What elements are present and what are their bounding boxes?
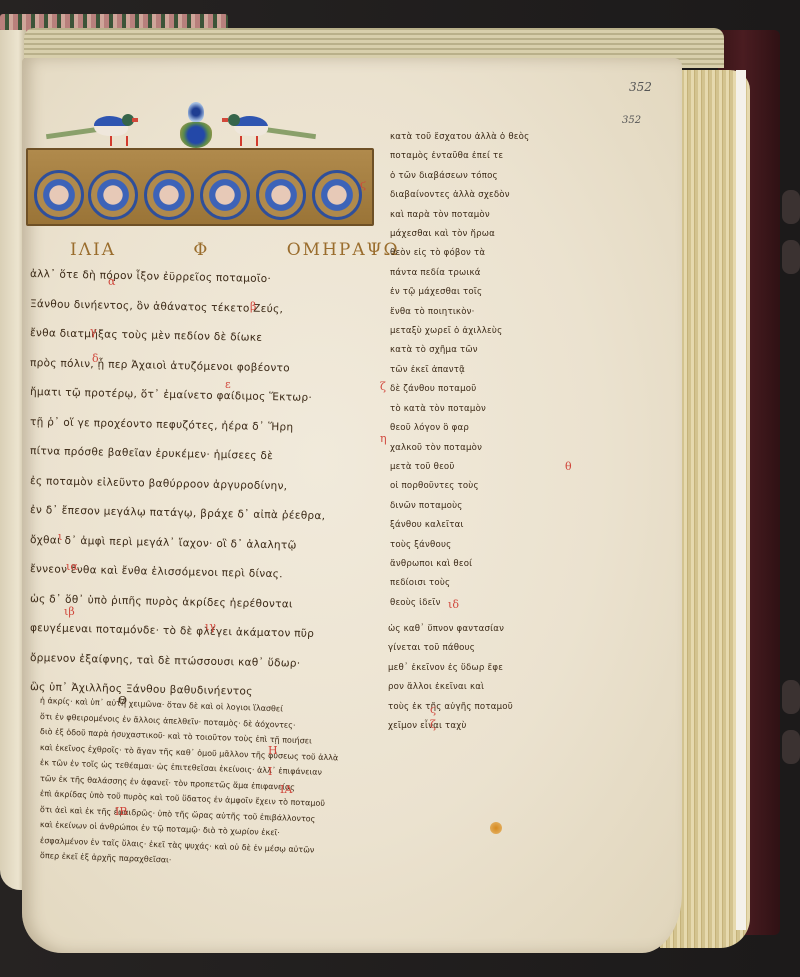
commentary-line: ὁ τῶν διαβάσεων τόπος <box>390 167 560 186</box>
commentary-line: ἔνθα τὸ ποιητικὸν· <box>390 303 560 322</box>
commentary-line: μάχεσθαι καὶ τὸν ἥρωα <box>390 225 560 244</box>
commentary-line: ἄνθρωποι καὶ θεοί <box>390 555 560 574</box>
commentary-line: τῶν ἐκεῖ ἀπαντᾷ <box>390 361 560 380</box>
scholia-siglum: Θ <box>118 694 127 707</box>
commentary-line: πάντα πεδία τρωικά <box>390 264 560 283</box>
commentary-line: θεὸν εἰς τὸ φόβον τὰ <box>390 244 560 263</box>
rubric-numeral: δ <box>92 352 99 365</box>
commentary-line: τοὺς ξάνθους <box>390 536 560 555</box>
commentary-line: γίνεται τοῦ πάθους <box>388 639 558 658</box>
commentary-line: ὡς καθ᾽ ὕπνον φαντασίαν <box>388 620 558 639</box>
rubric-numeral: ιγ <box>205 620 216 633</box>
commentary-line: δὲ ζάνθου ποταμοῦ <box>390 380 560 399</box>
commentary-line: κατὰ τὸ σχῆμα τῶν <box>390 341 560 360</box>
rubric-numeral: ια <box>66 560 78 573</box>
scholia-block: ἡ ἀκρίς· καὶ ὑπ᾽ αὐτὴ χειμῶνα· ὅταν δὲ κ… <box>40 693 560 864</box>
folio-number-ink: 352 <box>629 80 652 94</box>
rubric-numeral: β <box>250 300 256 313</box>
commentary-line: ἐν τῷ μάχεσθαι τοῖς <box>390 283 560 302</box>
commentary-line: θεοὺς ἰδεῖν <box>390 594 560 613</box>
commentary-line: δινῶν ποταμοὺς <box>390 497 560 516</box>
folio-number-pencil: 352 <box>622 115 641 126</box>
rubric-numeral: θ <box>565 460 572 473</box>
rubric-numeral: ιβ <box>64 605 75 618</box>
fore-edge-flyleaf <box>736 70 746 930</box>
rubric-numeral: ι <box>58 530 62 543</box>
main-text-column: ἀλλ᾽ ὅτε δὴ πόρον ἷξον ἐϋρρεῖος ποταμοῖο… <box>30 260 375 703</box>
illuminated-headpiece <box>26 140 370 222</box>
ink-stain <box>490 822 502 834</box>
commentary-line: ποταμὸς ἐνταῦθα ἐπεί τε <box>390 147 560 166</box>
commentary-line: οἱ πορθοῦντες τοὺς <box>390 477 560 496</box>
commentary-line: διαβαίνοντες ἀλλὰ σχεδὸν <box>390 186 560 205</box>
rubric-numeral: η <box>380 432 387 445</box>
commentary-line: πεδίοισι τοὺς <box>390 574 560 593</box>
commentary-line: τὸ κατὰ τὸν ποταμὸν <box>390 400 560 419</box>
binding-clasp <box>782 730 800 764</box>
rubric-numeral: γ <box>90 325 97 338</box>
title-iliad: ΙΛΙΑ <box>70 240 116 260</box>
commentary-line: μεταξὺ χωρεῖ ὁ ἀχιλλεὺς <box>390 322 560 341</box>
bird-ornament-left <box>86 114 134 140</box>
scholia-siglum: ζ <box>430 718 436 731</box>
gold-floral-band <box>26 148 374 226</box>
commentary-line: κατὰ τοῦ ἔσχατου ἀλλὰ ὁ θεὸς <box>390 128 560 147</box>
commentary-line: καὶ παρὰ τὸν ποταμὸν <box>390 206 560 225</box>
scholia-siglum: Η <box>268 744 278 757</box>
book-title: ΙΛΙΑ Φ ΟΜΗΡΑΨΩ <box>70 240 400 260</box>
scholia-siglum: Ι <box>268 765 272 778</box>
commentary-column-upper: κατὰ τοῦ ἔσχατου ἀλλὰ ὁ θεὸς ποταμὸς ἐντ… <box>390 128 560 613</box>
rubric-numeral: ζ <box>380 380 386 393</box>
commentary-line: μεθ᾽ ἐκεῖνον ἐς ὕδωρ ἔφε <box>388 659 558 678</box>
commentary-line: ξάνθου καλεῖται <box>390 516 560 535</box>
commentary-line: θεοῦ λόγον ὃ φαρ <box>390 419 560 438</box>
commentary-line: χαλκοῦ τὸν ποταμὸν <box>390 439 560 458</box>
scholia-siglum: ϛ <box>430 703 436 716</box>
rubric-numeral: ε <box>225 378 231 391</box>
title-homer: ΟΜΗΡΑΨΩ <box>287 240 400 260</box>
bird-ornament-right <box>226 114 274 140</box>
commentary-line: μετὰ τοῦ θεοῦ <box>390 458 560 477</box>
scholia-siglum: ΙΒ <box>115 805 127 818</box>
scholia-siglum: ΙΑ <box>280 783 292 796</box>
binding-clasp <box>782 240 800 274</box>
rubric-numeral: ϛ <box>360 178 366 191</box>
binding-clasp <box>782 680 800 714</box>
binding-clasp <box>782 190 800 224</box>
rubric-numeral: α <box>108 275 115 288</box>
title-book-phi: Φ <box>193 240 209 260</box>
